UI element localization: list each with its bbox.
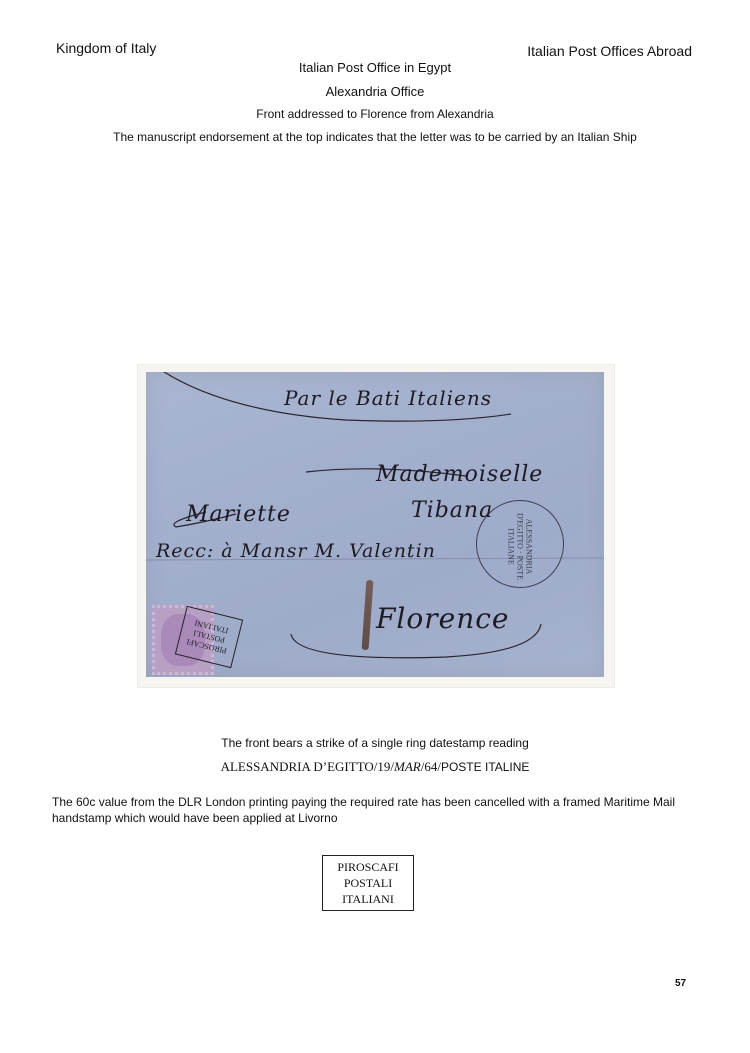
framed-handstamp-illustration: PIROSCAFI POSTALI ITALIANI <box>322 855 414 911</box>
address-line-4: Florence <box>376 602 509 635</box>
datestamp-reading: ALESSANDRIA D’EGITTO/19/MAR/64/POSTE ITA… <box>0 759 750 775</box>
address-line-2b: Tibana <box>411 498 493 523</box>
maritime-cancel-text: PIROSCAFI POSTALI ITALIANI <box>178 615 240 658</box>
single-ring-datestamp: ALESSANDRIA D'EGITTO · POSTE ITALIANE <box>476 500 564 588</box>
page-subtitle: Alexandria Office <box>0 84 750 99</box>
address-line-2a: Mariette <box>186 502 291 527</box>
endorsement-note: The manuscript endorsement at the top in… <box>0 130 750 144</box>
stamp-description: The 60c value from the DLR London printi… <box>52 794 702 826</box>
header-right: Italian Post Offices Abroad <box>527 43 692 59</box>
page-title: Italian Post Office in Egypt <box>0 60 750 75</box>
page-number: 57 <box>675 978 686 989</box>
postal-cover-image: Par le Bati Italiens Mademoiselle Mariet… <box>146 372 604 677</box>
caption-line: The front bears a strike of a single rin… <box>0 736 750 750</box>
cover-description: Front addressed to Florence from Alexand… <box>0 107 750 121</box>
manuscript-endorsement: Par le Bati Italiens <box>284 386 492 410</box>
header-left: Kingdom of Italy <box>56 40 156 56</box>
address-line-3: Recc: à Mansr M. Valentin <box>156 540 436 562</box>
address-line-1: Mademoiselle <box>376 462 543 487</box>
